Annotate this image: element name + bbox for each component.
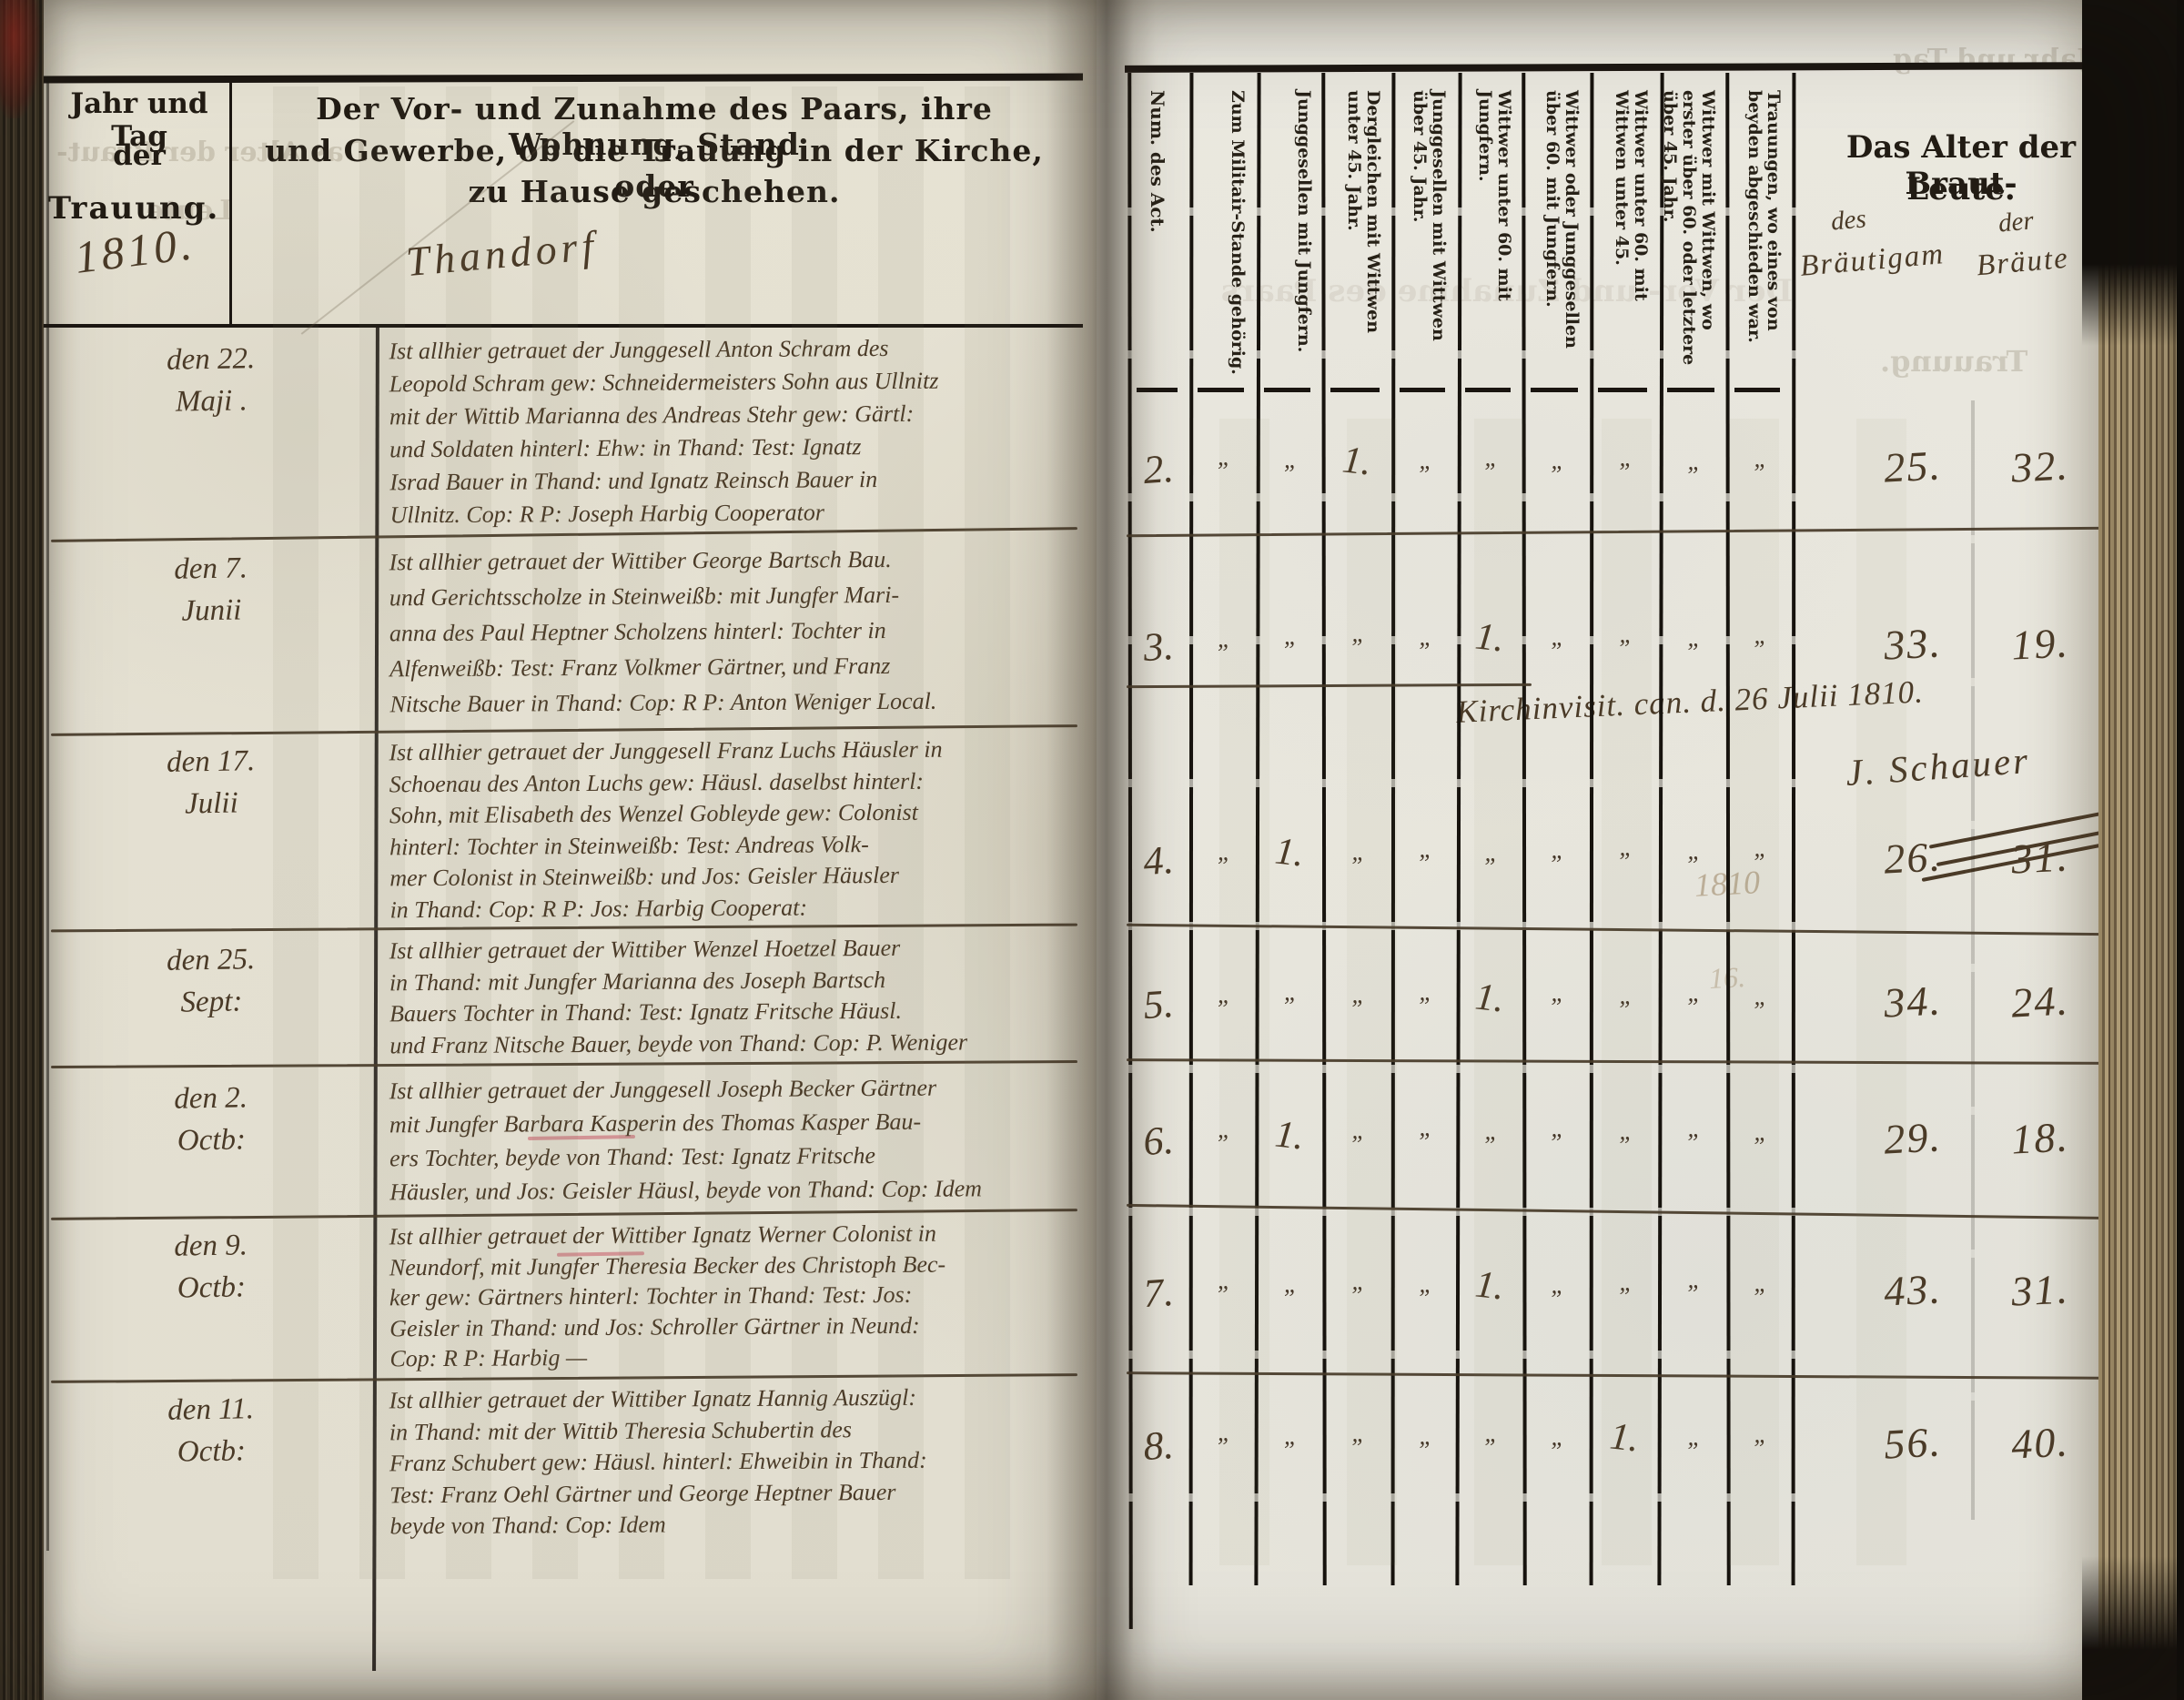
ditto-mark: ” [1606, 1131, 1643, 1159]
entry-date: den 9.Octb: [65, 1222, 358, 1311]
header-bottom-dash [1465, 388, 1511, 392]
entry-text-line: mit Jungfer Barbara Kasperin des Thomas … [389, 1104, 1083, 1142]
bride-age: 40. [1976, 1415, 2106, 1470]
ditto-mark: ” [1674, 993, 1711, 1021]
groom-age: 43. [1848, 1262, 1978, 1317]
row-number: 5. [1125, 979, 1191, 1030]
ditto-mark: ” [1406, 849, 1442, 877]
column-header: Wittwer mit Wittwen, wo erster über 60. … [1661, 82, 1722, 388]
tally-mark-one: 1. [1470, 975, 1511, 1022]
entry-date: den 22.Maji . [65, 336, 358, 425]
ditto-mark: ” [1406, 1284, 1442, 1312]
ditto-mark: ” [1271, 1284, 1308, 1312]
column-header: Num. des Act. [1130, 82, 1185, 388]
ditto-mark: ” [1538, 637, 1574, 665]
column-header: Wittwer unter 60. mit Wittwen unter 45. [1592, 82, 1654, 388]
entry-text-line: Ist allhier getrauet der Wittiber George… [389, 541, 1082, 581]
ditto-mark: ” [1471, 458, 1508, 486]
entry-text-line: und Franz Nitsche Bauer, beyde von Thand… [389, 1026, 1083, 1061]
ditto-mark: ” [1271, 1436, 1308, 1464]
entry-text-line: Schoenau des Anton Luchs gew: Häusl. das… [389, 764, 1083, 800]
row-number: 6. [1125, 1116, 1191, 1167]
entry-text-line: Sohn, mit Elisabeth des Wenzel Gobleyde … [389, 796, 1083, 832]
tally-mark-one: 1. [1269, 1112, 1309, 1159]
entry-text-line: mer Colonist in Steinweißb: und Jos: Gei… [389, 859, 1083, 895]
ditto-mark: ” [1606, 1282, 1643, 1310]
entry-date-line: Octb: [66, 1117, 358, 1164]
entry-date-line: den 25. [65, 936, 357, 984]
groom-age-subheader: des [1830, 204, 1867, 237]
ditto-mark: ” [1471, 1433, 1508, 1462]
bride-age: 24. [1976, 974, 2106, 1028]
bride-age: 32. [1976, 439, 2106, 493]
ditto-mark: ” [1538, 460, 1574, 489]
ditto-mark: ” [1339, 1281, 1375, 1310]
entry-text-line: Ist allhier getrauet der Wittiber Ignatz… [389, 1381, 1082, 1417]
ditto-mark: ” [1538, 1128, 1574, 1157]
ditto-mark: ” [1674, 1437, 1711, 1465]
ditto-mark: ” [1205, 457, 1241, 485]
header-bottom-dash [1400, 388, 1445, 392]
header-bottom-dash [1598, 388, 1647, 392]
header-bottom-dash [1667, 388, 1714, 392]
entry-date: den 11.Octb: [65, 1386, 358, 1475]
ditto-mark: ” [1674, 638, 1711, 666]
header-bottom-dash [1531, 388, 1578, 392]
left-border-rule [46, 76, 49, 1551]
entry-text-line: Cop: R P: Harbig — [389, 1340, 1083, 1374]
entry-date-line: Octb: [66, 1264, 358, 1311]
ditto-mark: ” [1339, 995, 1375, 1023]
entry-date-line: den 2. [65, 1075, 357, 1122]
ditto-mark: ” [1606, 847, 1643, 875]
header-bottom-rule [44, 324, 1083, 328]
entry-text-line: Franz Schubert gew: Häusl. hinterl: Ehwe… [389, 1444, 1083, 1480]
entry-text-line: mit der Wittib Marianna des Andreas Steh… [389, 397, 1083, 434]
book-spine [0, 0, 45, 1700]
row-number: 3. [1125, 622, 1191, 673]
column-header: Wittwer oder Junggesellen über 60. mit J… [1524, 82, 1585, 388]
entry-text: Ist allhier getrauet der Wittiber Ignatz… [389, 1218, 1083, 1374]
entry-text-line: hinterl: Tochter in Steinweißb: Test: An… [389, 827, 1083, 863]
entry-text-line: in Thand: mit Jungfer Marianna des Josep… [389, 963, 1083, 998]
row-number: 4. [1125, 835, 1191, 886]
entry-text-line: anna des Paul Heptner Scholzens hinterl:… [389, 612, 1083, 652]
entry-text-line: ers Tochter, beyde von Thand: Test: Igna… [389, 1138, 1083, 1176]
bleedthrough-text: Jahr und Tag [1893, 44, 2090, 76]
entry-text-line: Israd Bauer in Thand: und Ignatz Reinsch… [389, 462, 1083, 500]
entry-text-line: Ist allhier getrauet der Wittiber Ignatz… [389, 1218, 1082, 1252]
ditto-mark: ” [1606, 458, 1643, 486]
ditto-mark: ” [1538, 1285, 1574, 1313]
ditto-mark: ” [1205, 995, 1241, 1023]
age-header-line: Leute. [1805, 171, 2118, 207]
entry-text-line: in Thand: Cop: R P: Jos: Harbig Cooperat… [389, 890, 1083, 926]
header-bottom-dash [1734, 388, 1780, 392]
header-bottom-dash [1330, 388, 1380, 392]
ditto-mark: ” [1271, 992, 1308, 1020]
ditto-mark: ” [1538, 993, 1574, 1021]
background-dark-corner [2082, 1556, 2184, 1700]
entry-text: Ist allhier getrauet der Junggesell Jose… [389, 1070, 1084, 1209]
entry-date: den 17.Julii [65, 738, 358, 827]
entry-date-line: Sept: [66, 978, 358, 1026]
bride-age: 31. [1976, 1262, 2106, 1317]
entry-date: den 7.Junii [65, 545, 358, 634]
spine-red-mark [0, 0, 40, 118]
entry-text-line: und Soldaten hinterl: Ehw: in Thand: Tes… [389, 430, 1083, 467]
column-header: Wittwer unter 60. mit Jungfern. [1459, 82, 1518, 388]
entry-date-line: den 11. [65, 1386, 357, 1433]
entry-text-line: ker gew: Gärtners hinterl: Tochter in Th… [389, 1279, 1083, 1313]
entry-text-line: Nitsche Bauer in Thand: Cop: R P: Anton … [389, 683, 1083, 723]
ditto-mark: ” [1205, 1280, 1241, 1309]
ditto-mark: ” [1471, 1131, 1508, 1159]
background-edge [2177, 0, 2184, 1700]
tally-mark-one: 1. [1470, 1262, 1511, 1310]
entry-text-line: Häusler, und Jos: Geisler Häusl, beyde v… [389, 1171, 1083, 1209]
ditto-mark: ” [1339, 633, 1375, 662]
row-number: 7. [1125, 1268, 1191, 1319]
entry-text-line: und Gerichtsscholze in Steinweißb: mit J… [389, 576, 1083, 616]
ditto-mark: ” [1741, 635, 1777, 663]
church-register-photo: Das Alter der Braut- Leute. Jahr und Tag… [0, 0, 2184, 1700]
column-header: Trauungen, wo eines von beyden abgeschie… [1728, 82, 1787, 388]
entry-text-line: beyde von Thand: Cop: Idem [389, 1507, 1083, 1543]
entry-text: Ist allhier getrauet der Wittiber Wenzel… [389, 932, 1084, 1062]
ditto-mark: ” [1205, 639, 1241, 667]
ditto-mark: ” [1674, 1280, 1711, 1308]
groom-age: 29. [1848, 1110, 1978, 1165]
groom-age: 25. [1848, 439, 1978, 493]
tally-mark-one: 1. [1337, 438, 1378, 485]
ditto-mark: ” [1406, 1436, 1442, 1464]
entry-text-line: Ist allhier getrauet der Junggesell Fran… [389, 734, 1082, 769]
entry-text-line: Bauers Tochter in Thand: Test: Ignatz Fr… [389, 995, 1083, 1030]
groom-age: 26. [1848, 830, 1978, 885]
ditto-mark: ” [1606, 996, 1643, 1024]
bride-age: 31. [1976, 830, 2106, 885]
ditto-mark: ” [1741, 1132, 1777, 1160]
ditto-mark: ” [1538, 850, 1574, 878]
entry-text: Ist allhier getrauet der Junggesell Anto… [389, 331, 1083, 532]
entry-text: Ist allhier getrauet der Wittiber George… [389, 541, 1083, 723]
grid-vline [1971, 400, 1975, 1520]
bride-age: 19. [1976, 616, 2106, 671]
header-bottom-dash [1137, 388, 1178, 392]
entry-text-line: Neundorf, mit Jungfer Theresia Becker de… [389, 1248, 1083, 1282]
ditto-mark: ” [1205, 1129, 1241, 1158]
ditto-mark: ” [1606, 634, 1643, 663]
ditto-mark: ” [1471, 853, 1508, 881]
ditto-mark: ” [1406, 637, 1442, 665]
bride-age: 18. [1976, 1110, 2106, 1165]
ditto-mark: ” [1741, 848, 1777, 876]
ditto-mark: ” [1406, 460, 1442, 489]
ditto-mark: ” [1741, 1434, 1777, 1462]
entry-date-line: den 7. [65, 545, 357, 592]
date-column-title-line: Trauung. [36, 190, 231, 227]
ditto-mark: ” [1339, 1433, 1375, 1462]
entry-date-line: Junii [66, 587, 358, 634]
ditto-mark: ” [1741, 997, 1777, 1025]
row-number: 8. [1125, 1421, 1191, 1472]
groom-age: 34. [1848, 974, 1978, 1028]
entry-text-line: in Thand: mit der Wittib Theresia Schube… [389, 1412, 1083, 1448]
ditto-mark: ” [1674, 851, 1711, 879]
ditto-mark: ” [1741, 1283, 1777, 1311]
tally-mark-one: 1. [1269, 829, 1309, 876]
background-dark-corner [2082, 0, 2184, 346]
entry-date-line: den 22. [65, 336, 357, 383]
row-number: 2. [1125, 444, 1191, 495]
column-header: Junggesellen mit Wittwen über 45. Jahr. [1393, 82, 1452, 388]
ditto-mark: ” [1674, 1128, 1711, 1157]
tally-mark-one: 1. [1604, 1414, 1645, 1462]
column-header: Dergleichen mit Wittwen unter 45. Jahr. [1324, 82, 1387, 388]
date-column-title-line: der [47, 139, 231, 172]
entry-date-line: den 9. [65, 1222, 357, 1270]
entry-text-line: Ist allhier getrauet der Junggesell Jose… [389, 1070, 1083, 1108]
entry-text-line: Ist allhier getrauet der Junggesell Anto… [389, 331, 1082, 369]
entry-text: Ist allhier getrauet der Wittiber Ignatz… [389, 1381, 1083, 1543]
ditto-mark: ” [1741, 459, 1777, 487]
entry-text-line: Geisler in Thand: und Jos: Schroller Gär… [389, 1309, 1083, 1343]
entry-date-line: den 17. [65, 738, 357, 785]
ditto-mark: ” [1674, 461, 1711, 490]
ditto-mark: ” [1205, 852, 1241, 880]
groom-age: 56. [1848, 1415, 1978, 1470]
ditto-mark: ” [1339, 852, 1375, 880]
entry-text: Ist allhier getrauet der Junggesell Fran… [389, 734, 1083, 926]
ditto-mark: ” [1271, 636, 1308, 664]
column-header: Junggesellen mit Jungfern. [1258, 82, 1318, 388]
entry-text-line: Ullnitz. Cop: R P: Joseph Harbig Coopera… [389, 495, 1083, 532]
column-header: Zum Militair-Stande gehörig. [1191, 82, 1251, 388]
bleedthrough-text: Trauung. [1880, 344, 2027, 379]
ditto-mark: ” [1406, 1128, 1442, 1156]
entry-date-line: Julii [66, 780, 358, 827]
header-bottom-dash [1198, 388, 1244, 392]
entry-text-line: Leopold Schram gew: Schneidermeisters So… [389, 364, 1083, 401]
groom-age: 33. [1848, 616, 1978, 671]
ditto-mark: ” [1271, 460, 1308, 488]
entry-text-line: Alfenweißb: Test: Franz Volkmer Gärtner,… [389, 647, 1083, 687]
entry-date: den 25.Sept: [65, 936, 358, 1026]
entry-date-line: Octb: [66, 1428, 358, 1475]
entry-text-line: Ist allhier getrauet der Wittiber Wenzel… [389, 932, 1083, 967]
page-title-line: zu Hause geschehen. [244, 174, 1065, 209]
ditto-mark: ” [1406, 992, 1442, 1020]
entry-date-line: Maji . [66, 378, 358, 425]
entry-date: den 2.Octb: [65, 1075, 358, 1164]
bride-age-subheader: der [1997, 206, 2035, 238]
ditto-mark: ” [1205, 1432, 1241, 1461]
tally-mark-one: 1. [1470, 614, 1511, 662]
header-bottom-dash [1264, 388, 1310, 392]
entry-text-line: Test: Franz Oehl Gärtner und George Hept… [389, 1475, 1083, 1511]
ditto-mark: ” [1538, 1437, 1574, 1465]
ditto-mark: ” [1339, 1130, 1375, 1159]
